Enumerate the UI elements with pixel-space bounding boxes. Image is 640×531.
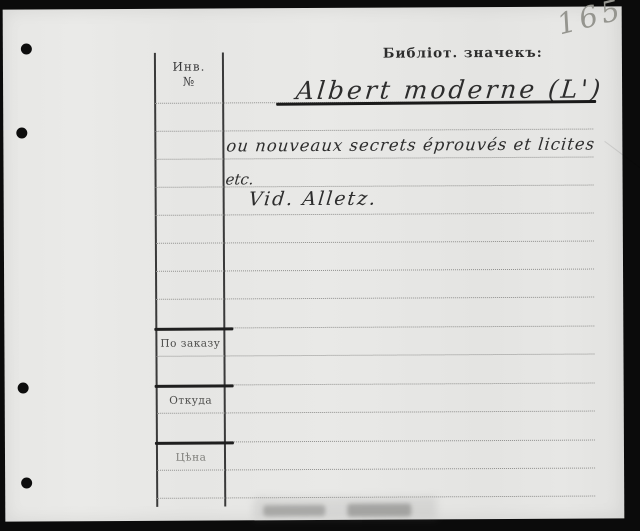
order-cell-label: По заказу — [155, 337, 225, 349]
handwritten-reference-note: Vid. Alletz. — [248, 190, 378, 210]
inventory-number-label-line1: Инв. — [154, 59, 224, 74]
inventory-number-label-line2: № — [154, 74, 224, 89]
paper-crease — [604, 141, 640, 173]
cell-divider — [154, 327, 233, 330]
catalog-card: Инв. № По заказу Откуда Цѣна Библіот. зн… — [3, 6, 625, 521]
inventory-column-right-border — [222, 52, 226, 506]
blurred-stamp — [347, 503, 411, 516]
ruled-line — [156, 354, 594, 357]
ruled-line — [226, 440, 595, 443]
handwritten-title: Albert moderne (L') — [295, 76, 605, 103]
ruled-line — [156, 241, 594, 244]
cell-divider — [155, 441, 234, 444]
ruled-line — [156, 297, 594, 300]
ruled-line — [156, 269, 594, 272]
ruled-line — [225, 326, 594, 329]
ruled-lines — [3, 6, 622, 9]
handwritten-page-number: 165 — [554, 0, 626, 39]
ruled-line — [156, 213, 594, 216]
blurred-stamp — [263, 505, 325, 516]
library-mark-header: Библіот. значекъ: — [383, 45, 543, 62]
punch-hole — [21, 43, 32, 54]
inventory-column-left-border — [154, 53, 158, 507]
punch-hole — [21, 477, 32, 488]
punch-hole — [18, 382, 29, 393]
ruled-line — [155, 157, 593, 160]
scan-background: { "card": { "page_number": "165", "heade… — [0, 0, 640, 531]
ruled-line — [157, 411, 595, 414]
handwritten-subtitle: ou nouveaux secrets éprouvés et licites — [226, 137, 596, 155]
ruled-line — [226, 383, 595, 386]
cell-divider — [155, 384, 234, 387]
price-cell-label: Цѣна — [156, 451, 226, 463]
inventory-number-label: Инв. № — [154, 59, 224, 89]
punch-hole — [16, 127, 27, 138]
ruled-line — [155, 129, 593, 132]
origin-cell-label: Откуда — [156, 394, 226, 406]
ruled-line — [157, 468, 595, 471]
handwritten-etc: etc. — [225, 172, 255, 187]
